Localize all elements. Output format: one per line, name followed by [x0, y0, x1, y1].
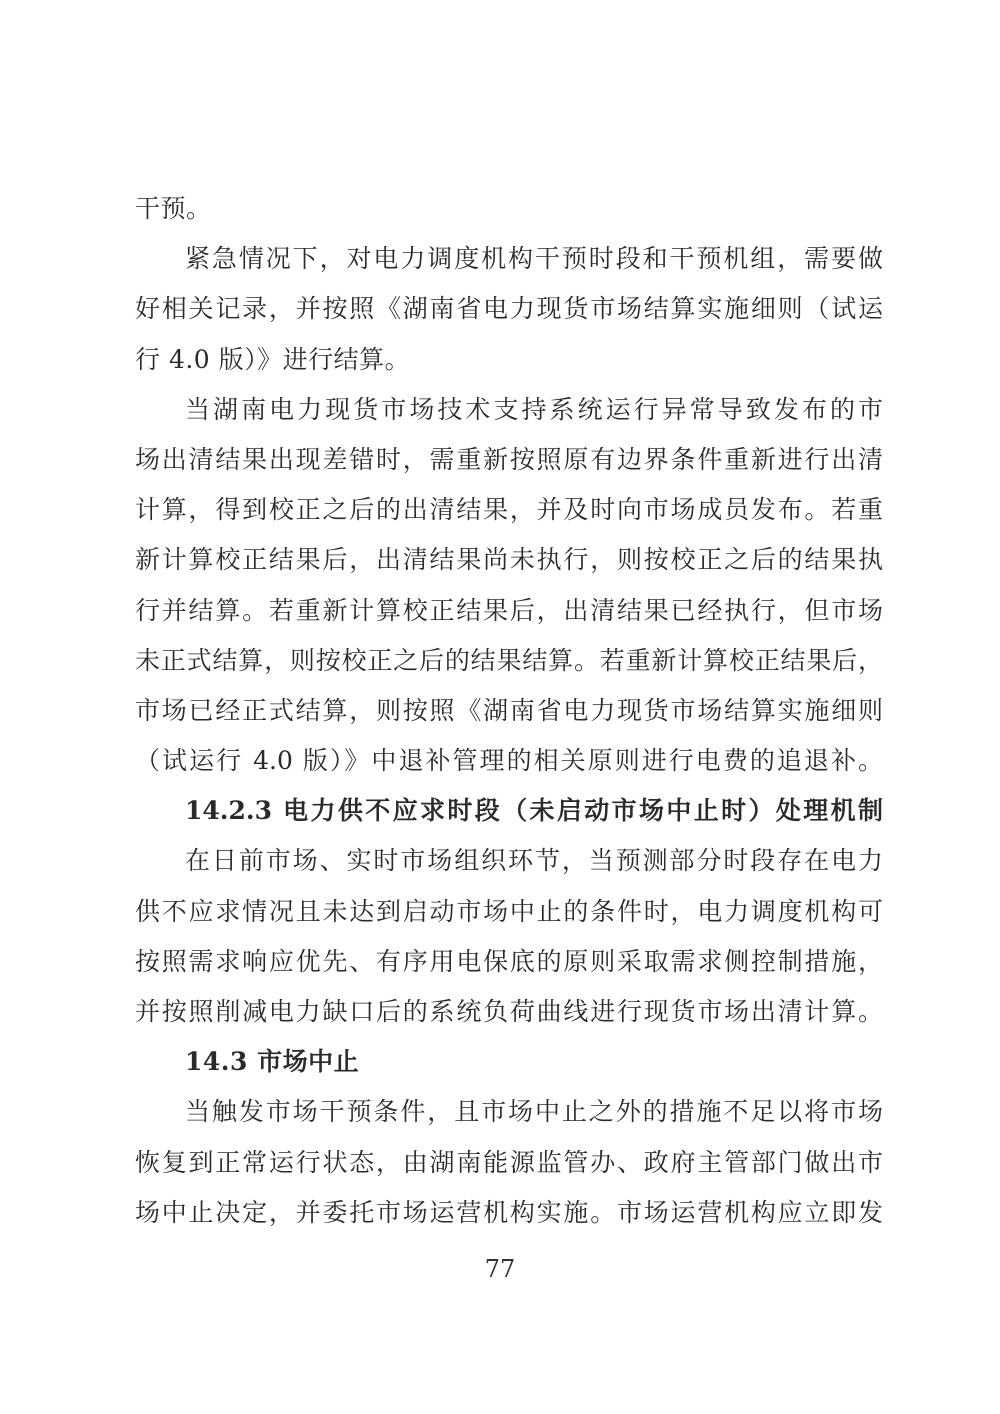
text-line: 并按照削减电力缺口后的系统负荷曲线进行现货市场出清计算。: [135, 987, 883, 1037]
text-line: 场中止决定，并委托市场运营机构实施。市场运营机构应立即发: [135, 1188, 883, 1238]
text-line: 新计算校正结果后，出清结果尚未执行，则按校正之后的结果执: [135, 535, 883, 585]
text-line: 未正式结算，则按校正之后的结果结算。若重新计算校正结果后，: [135, 636, 883, 686]
text-line: 当触发市场干预条件，且市场中止之外的措施不足以将市场: [135, 1087, 883, 1137]
text-line: 在日前市场、实时市场组织环节，当预测部分时段存在电力: [135, 836, 883, 886]
text-line: 供不应求情况且未达到启动市场中止的条件时，电力调度机构可: [135, 887, 883, 937]
text-line: 好相关记录，并按照《湖南省电力现货市场结算实施细则（试运: [135, 284, 883, 334]
heading-14-2-3: 14.2.3 电力供不应求时段（未启动市场中止时）处理机制: [135, 786, 883, 836]
text-line: 市场已经正式结算，则按照《湖南省电力现货市场结算实施细则: [135, 686, 883, 736]
text-line: 行 4.0 版）》进行结算。: [135, 335, 883, 385]
text-line: 按照需求响应优先、有序用电保底的原则采取需求侧控制措施，: [135, 937, 883, 987]
text-line: 当湖南电力现货市场技术支持系统运行异常导致发布的市: [135, 385, 883, 435]
page-number: 77: [0, 1252, 1000, 1286]
text-line: 紧急情况下，对电力调度机构干预时段和干预机组，需要做: [135, 234, 883, 284]
heading-14-3: 14.3 市场中止: [135, 1037, 883, 1087]
text-line: （试运行 4.0 版）》中退补管理的相关原则进行电费的追退补。: [135, 736, 883, 786]
text-block: 干预。 紧急情况下，对电力调度机构干预时段和干预机组，需要做 好相关记录，并按照…: [135, 184, 883, 1238]
text-line: 行并结算。若重新计算校正结果后，出清结果已经执行，但市场: [135, 586, 883, 636]
text-line: 干预。: [135, 184, 883, 234]
text-line: 计算，得到校正之后的出清结果，并及时向市场成员发布。若重: [135, 485, 883, 535]
document-page: 干预。 紧急情况下，对电力调度机构干预时段和干预机组，需要做 好相关记录，并按照…: [0, 0, 1000, 1414]
text-line: 恢复到正常运行状态，由湖南能源监管办、政府主管部门做出市: [135, 1138, 883, 1188]
text-line: 场出清结果出现差错时，需重新按照原有边界条件重新进行出清: [135, 435, 883, 485]
